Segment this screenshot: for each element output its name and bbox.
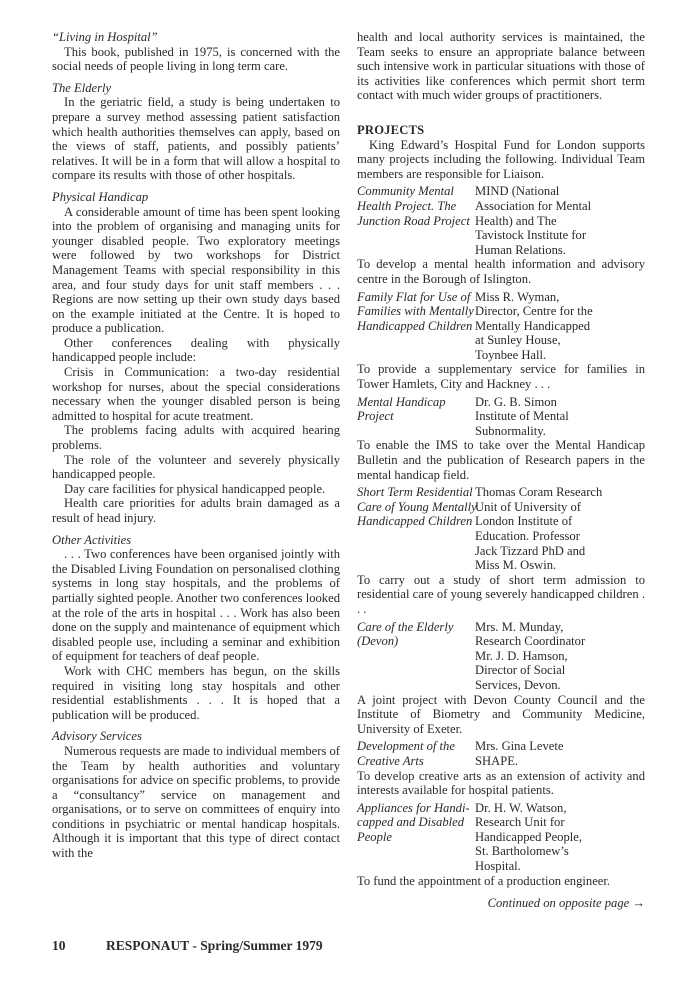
project-contact-line: Director, Centre for the [475, 304, 645, 319]
project-contact-line: London Institute of [475, 514, 645, 529]
paragraph: Day care facilities for physical handica… [52, 482, 340, 497]
project-contact-line: at Sunley House, [475, 333, 645, 348]
project-title-line: Appliances for Handi- [357, 801, 475, 816]
project-title-line: Handicapped Children [357, 319, 475, 334]
project-contact: Miss R. Wyman,Director, Centre for theMe… [475, 290, 645, 363]
section-heading: Physical Handicap [52, 190, 340, 205]
paragraph: Health care priorities for adults brain … [52, 496, 340, 525]
paragraph: The role of the volunteer and severely p… [52, 453, 340, 482]
project-contact-line: Mentally Handicapped [475, 319, 645, 334]
intro-paragraph: health and local authority services is m… [357, 30, 645, 103]
project-description: To fund the appointment of a production … [357, 874, 645, 889]
project-description: A joint project with Devon County Counci… [357, 693, 645, 737]
project-entry: Development of theCreative ArtsMrs. Gina… [357, 739, 645, 768]
project-contact-line: Jack Tizzard PhD and [475, 544, 645, 559]
project-title: Mental HandicapProject [357, 395, 475, 439]
project-entry: Community MentalHealth Project. TheJunct… [357, 184, 645, 257]
page-footer: 10RESPONAUT - Spring/Summer 1979 [52, 938, 323, 954]
project-contact-line: Mrs. Gina Levete [475, 739, 645, 754]
paragraph: Other conferences dealing with physicall… [52, 336, 340, 365]
project-title-line: Creative Arts [357, 754, 475, 769]
paragraph: Crisis in Communication: a two-day resid… [52, 365, 340, 423]
project-contact-line: SHAPE. [475, 754, 645, 769]
project-description: To develop creative arts as an extension… [357, 769, 645, 798]
project-contact-line: Research Coordinator [475, 634, 645, 649]
project-contact-line: Services, Devon. [475, 678, 645, 693]
section-heading: The Elderly [52, 81, 340, 96]
project-entry: Care of the Elderly(Devon)Mrs. M. Munday… [357, 620, 645, 693]
project-title-line: People [357, 830, 475, 845]
project-description: To provide a supplementary service for f… [357, 362, 645, 391]
project-contact-line: Education. Professor [475, 529, 645, 544]
project-title-line: Community Mental [357, 184, 475, 199]
project-title-line: Project [357, 409, 475, 424]
project-contact-line: Institute of Mental [475, 409, 645, 424]
project-entry: Family Flat for Use ofFamilies with Ment… [357, 290, 645, 363]
project-contact-line: St. Bartholomew’s [475, 844, 645, 859]
project-title: Community MentalHealth Project. TheJunct… [357, 184, 475, 257]
project-contact: Mrs. M. Munday,Research CoordinatorMr. J… [475, 620, 645, 693]
publication-title: RESPONAUT - Spring/Summer 1979 [106, 938, 323, 953]
project-contact-line: Tavistock Institute for [475, 228, 645, 243]
projects-heading: PROJECTS [357, 123, 645, 138]
project-description: To enable the IMS to take over the Menta… [357, 438, 645, 482]
project-title-line: Family Flat for Use of [357, 290, 475, 305]
project-title-line: Care of Young Mentally [357, 500, 475, 515]
project-entry: Short Term ResidentialCare of Young Ment… [357, 485, 645, 573]
section-heading: “Living in Hospital” [52, 30, 340, 45]
project-entry: Appliances for Handi-capped and Disabled… [357, 801, 645, 874]
projects-intro: King Edward’s Hospital Fund for London s… [357, 138, 645, 182]
project-contact-line: Director of Social [475, 663, 645, 678]
project-description: To carry out a study of short term admis… [357, 573, 645, 617]
continued-note: Continued on opposite page → [357, 896, 645, 911]
project-contact-line: Thomas Coram Research [475, 485, 645, 500]
project-contact: Dr. H. W. Watson,Research Unit forHandic… [475, 801, 645, 874]
project-contact-line: Dr. H. W. Watson, [475, 801, 645, 816]
paragraph: Work with CHC members has begun, on the … [52, 664, 340, 722]
project-contact-line: Miss R. Wyman, [475, 290, 645, 305]
project-title-line: Families with Mentally [357, 304, 475, 319]
project-contact: Dr. G. B. SimonInstitute of MentalSubnor… [475, 395, 645, 439]
paragraph: In the geriatric field, a study is being… [52, 95, 340, 183]
section-heading: Other Activities [52, 533, 340, 548]
project-contact-line: Mr. J. D. Hamson, [475, 649, 645, 664]
projects-list: Community MentalHealth Project. TheJunct… [357, 184, 645, 888]
project-contact: MIND (NationalAssociation for MentalHeal… [475, 184, 645, 257]
right-column: health and local authority services is m… [357, 30, 645, 911]
project-contact-line: Human Relations. [475, 243, 645, 258]
project-entry: Mental HandicapProjectDr. G. B. SimonIns… [357, 395, 645, 439]
project-title: Appliances for Handi-capped and Disabled… [357, 801, 475, 874]
project-contact-line: Dr. G. B. Simon [475, 395, 645, 410]
project-contact-line: Miss M. Oswin. [475, 558, 645, 573]
project-contact-line: Subnormality. [475, 424, 645, 439]
project-title-line: Short Term Residential [357, 485, 475, 500]
project-contact-line: Health) and The [475, 214, 645, 229]
project-description: To develop a mental health information a… [357, 257, 645, 286]
project-title-line: Mental Handicap [357, 395, 475, 410]
left-column: “Living in Hospital”This book, published… [52, 30, 340, 861]
project-contact-line: MIND (National [475, 184, 645, 199]
project-title-line: Health Project. The [357, 199, 475, 214]
project-contact-line: Toynbee Hall. [475, 348, 645, 363]
paragraph: The problems facing adults with acquired… [52, 423, 340, 452]
project-title: Family Flat for Use ofFamilies with Ment… [357, 290, 475, 363]
project-title-line: (Devon) [357, 634, 475, 649]
project-title: Care of the Elderly(Devon) [357, 620, 475, 693]
project-contact-line: Mrs. M. Munday, [475, 620, 645, 635]
project-title-line: capped and Disabled [357, 815, 475, 830]
paragraph: A considerable amount of time has been s… [52, 205, 340, 336]
project-contact: Mrs. Gina LeveteSHAPE. [475, 739, 645, 768]
page-number: 10 [52, 938, 106, 954]
project-title-line: Junction Road Project [357, 214, 475, 229]
project-title-line: Care of the Elderly [357, 620, 475, 635]
section-heading: Advisory Services [52, 729, 340, 744]
project-contact: Thomas Coram ResearchUnit of University … [475, 485, 645, 573]
project-contact-line: Research Unit for [475, 815, 645, 830]
paragraph: This book, published in 1975, is concern… [52, 45, 340, 74]
paragraph: . . . Two conferences have been organise… [52, 547, 340, 664]
paragraph: Numerous requests are made to individual… [52, 744, 340, 861]
project-title-line: Handicapped Children [357, 514, 475, 529]
project-contact-line: Association for Mental [475, 199, 645, 214]
project-contact-line: Hospital. [475, 859, 645, 874]
project-contact-line: Unit of University of [475, 500, 645, 515]
project-title-line: Development of the [357, 739, 475, 754]
project-title: Development of theCreative Arts [357, 739, 475, 768]
project-contact-line: Handicapped People, [475, 830, 645, 845]
project-title: Short Term ResidentialCare of Young Ment… [357, 485, 475, 573]
